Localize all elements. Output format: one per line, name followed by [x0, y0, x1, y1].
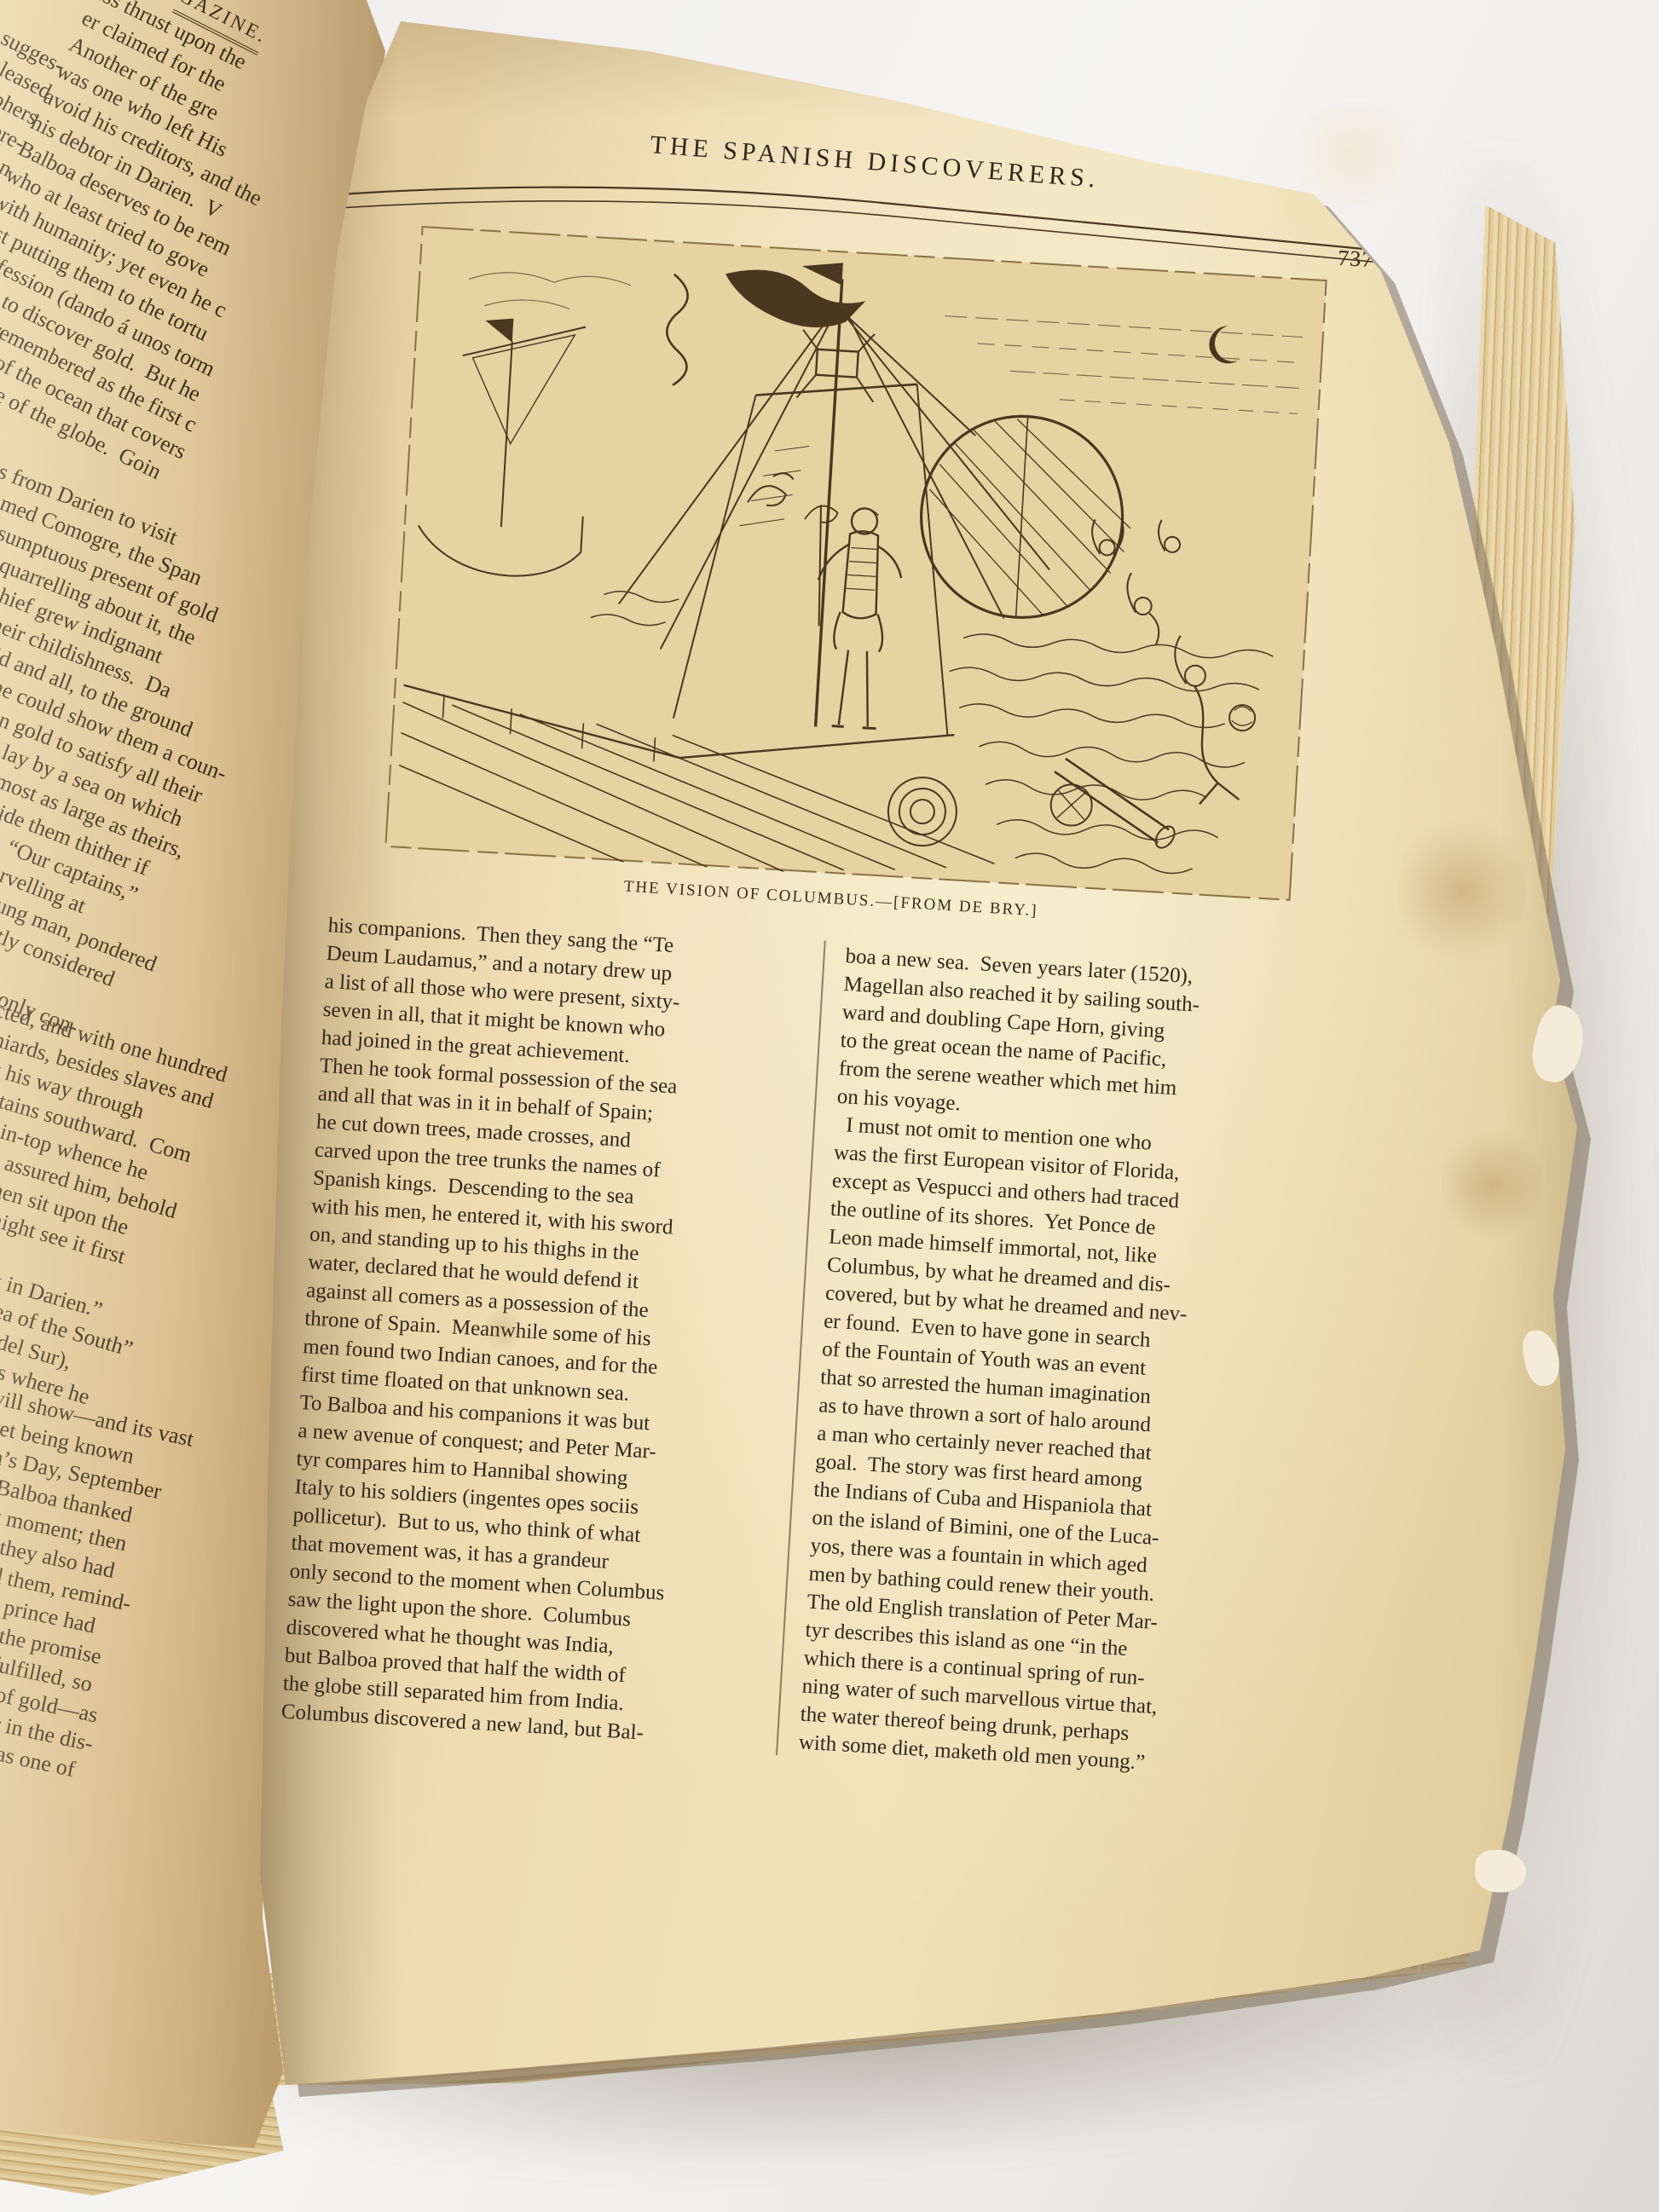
engraving-illustration	[384, 225, 1328, 902]
book-photo: GAZINE. e sugges- pleased raphers t repr…	[0, 0, 1659, 2212]
body-text-columns: his companions. Then they sang the “Te D…	[280, 911, 1342, 1786]
running-head-fragment: GAZINE.	[172, 0, 271, 55]
body-column-left: his companions. Then they sang the “Te D…	[280, 911, 807, 1754]
left-page-running-head: GAZINE.	[172, 0, 271, 55]
paper-highlight	[1279, 102, 1432, 205]
left-page-column1-fragments: e sugges- pleased raphers t repre- a man…	[0, 0, 70, 442]
page-number: 737	[1337, 245, 1374, 273]
right-page: THE SPANISH DISCOVERERS. 737	[239, 0, 1603, 2157]
vision-of-columbus-engraving	[384, 225, 1328, 902]
body-column-right: boa a new sea. Seven years later (1520),…	[776, 941, 1325, 1785]
right-page-content: THE SPANISH DISCOVERERS. 737	[217, 17, 1422, 2174]
torn-edge-chip	[1475, 1850, 1526, 1892]
